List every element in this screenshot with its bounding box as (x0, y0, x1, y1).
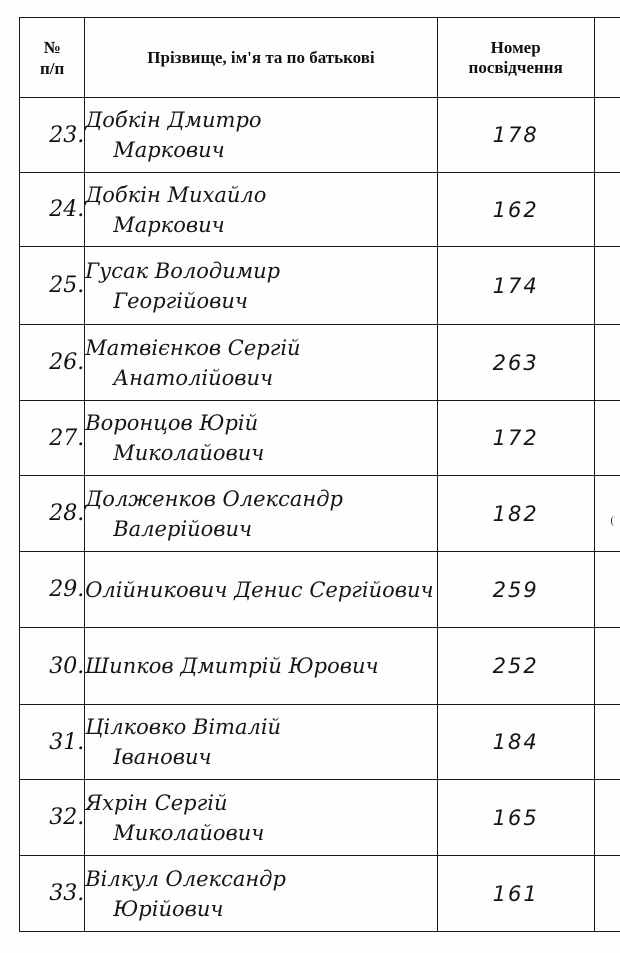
table-row: 32. Яхрін Сергій Миколайович 165 (20, 780, 620, 856)
row-number: 24. (20, 173, 85, 247)
header-number-symbol: № (44, 38, 61, 57)
certificate-number: 184 (437, 705, 594, 780)
row-number: 31. (20, 705, 85, 780)
row-number: 28. (20, 476, 85, 552)
table-row: 33. Вілкул Олександр Юрійович 161 (20, 856, 620, 932)
header-next-column-cut (594, 18, 620, 98)
full-name-cell: Гусак Володимир Георгійович (85, 247, 437, 325)
row-number: 30. (20, 628, 85, 705)
register-table: № п/п Прізвище, ім'я та по батькові Номе… (19, 17, 620, 932)
name-line-1: Матвієнков Сергій (85, 333, 436, 363)
header-number-abbrev: п/п (40, 59, 64, 78)
next-column-cut-cell (594, 401, 620, 476)
full-name-cell: Вілкул Олександр Юрійович (85, 856, 437, 932)
next-column-cut-cell (594, 705, 620, 780)
table-row: 29. Олійникович Денис Сергійович 259 (20, 552, 620, 628)
next-column-cut-cell (594, 476, 620, 552)
next-column-cut-cell (594, 856, 620, 932)
name-line-1: Олійникович Денис Сергійович (85, 575, 436, 605)
next-column-cut-cell (594, 780, 620, 856)
full-name-cell: Долженков Олександр Валерійович (85, 476, 437, 552)
certificate-number: 263 (437, 325, 594, 401)
name-line-2: Миколайович (85, 438, 436, 468)
name-line-1: Долженков Олександр (85, 484, 436, 514)
name-line-2: Георгійович (85, 286, 436, 316)
header-certificate-line2: посвідчення (469, 58, 563, 77)
full-name-cell: Олійникович Денис Сергійович (85, 552, 437, 628)
name-line-1: Воронцов Юрій (85, 408, 436, 438)
header-certificate-line1: Номер (491, 38, 541, 57)
table-row: 30. Шипков Дмитрій Юрович 252 (20, 628, 620, 705)
certificate-number: 172 (437, 401, 594, 476)
full-name-cell: Матвієнков Сергій Анатолійович (85, 325, 437, 401)
header-full-name: Прізвище, ім'я та по батькові (85, 18, 437, 98)
table-row: 27. Воронцов Юрій Миколайович 172 (20, 401, 620, 476)
next-column-cut-cell (594, 98, 620, 173)
full-name-cell: Воронцов Юрій Миколайович (85, 401, 437, 476)
certificate-number: 162 (437, 173, 594, 247)
row-number: 25. (20, 247, 85, 325)
name-line-2: Миколайович (85, 818, 436, 848)
certificate-number: 161 (437, 856, 594, 932)
row-number: 33. (20, 856, 85, 932)
header-certificate: Номер посвідчення (437, 18, 594, 98)
certificate-number: 165 (437, 780, 594, 856)
name-line-1: Цілковко Віталій (85, 712, 436, 742)
certificate-number: 178 (437, 98, 594, 173)
name-line-1: Добкін Дмитро (85, 105, 436, 135)
certificate-number: 174 (437, 247, 594, 325)
next-column-cut-cell (594, 247, 620, 325)
name-line-1: Яхрін Сергій (85, 788, 436, 818)
full-name-cell: Яхрін Сергій Миколайович (85, 780, 437, 856)
scanned-page: № п/п Прізвище, ім'я та по батькові Номе… (0, 0, 620, 953)
name-line-2: Валерійович (85, 514, 436, 544)
next-column-cut-cell (594, 552, 620, 628)
name-line-2: Анатолійович (85, 363, 436, 393)
full-name-cell: Шипков Дмитрій Юрович (85, 628, 437, 705)
certificate-number: 182 (437, 476, 594, 552)
name-line-1: Гусак Володимир (85, 256, 436, 286)
table-row: 28. Долженков Олександр Валерійович 182 (20, 476, 620, 552)
table-row: 31. Цілковко Віталій Іванович 184 (20, 705, 620, 780)
row-number: 29. (20, 552, 85, 628)
header-row: № п/п Прізвище, ім'я та по батькові Номе… (20, 18, 620, 98)
stray-pen-mark (611, 516, 615, 526)
next-column-cut-cell (594, 173, 620, 247)
row-number: 26. (20, 325, 85, 401)
name-line-1: Шипков Дмитрій Юрович (85, 651, 436, 681)
name-line-2: Іванович (85, 742, 436, 772)
row-number: 23. (20, 98, 85, 173)
header-number: № п/п (20, 18, 85, 98)
name-line-2: Юрійович (85, 894, 436, 924)
full-name-cell: Добкін Дмитро Маркович (85, 98, 437, 173)
full-name-cell: Добкін Михайло Маркович (85, 173, 437, 247)
row-number: 27. (20, 401, 85, 476)
table-row: 26. Матвієнков Сергій Анатолійович 263 (20, 325, 620, 401)
table-row: 25. Гусак Володимир Георгійович 174 (20, 247, 620, 325)
name-line-1: Добкін Михайло (85, 180, 436, 210)
name-line-2: Маркович (85, 210, 436, 240)
row-number: 32. (20, 780, 85, 856)
certificate-number: 252 (437, 628, 594, 705)
next-column-cut-cell (594, 325, 620, 401)
full-name-cell: Цілковко Віталій Іванович (85, 705, 437, 780)
table-row: 23. Добкін Дмитро Маркович 178 (20, 98, 620, 173)
name-line-2: Маркович (85, 135, 436, 165)
table-row: 24. Добкін Михайло Маркович 162 (20, 173, 620, 247)
certificate-number: 259 (437, 552, 594, 628)
next-column-cut-cell (594, 628, 620, 705)
name-line-1: Вілкул Олександр (85, 864, 436, 894)
